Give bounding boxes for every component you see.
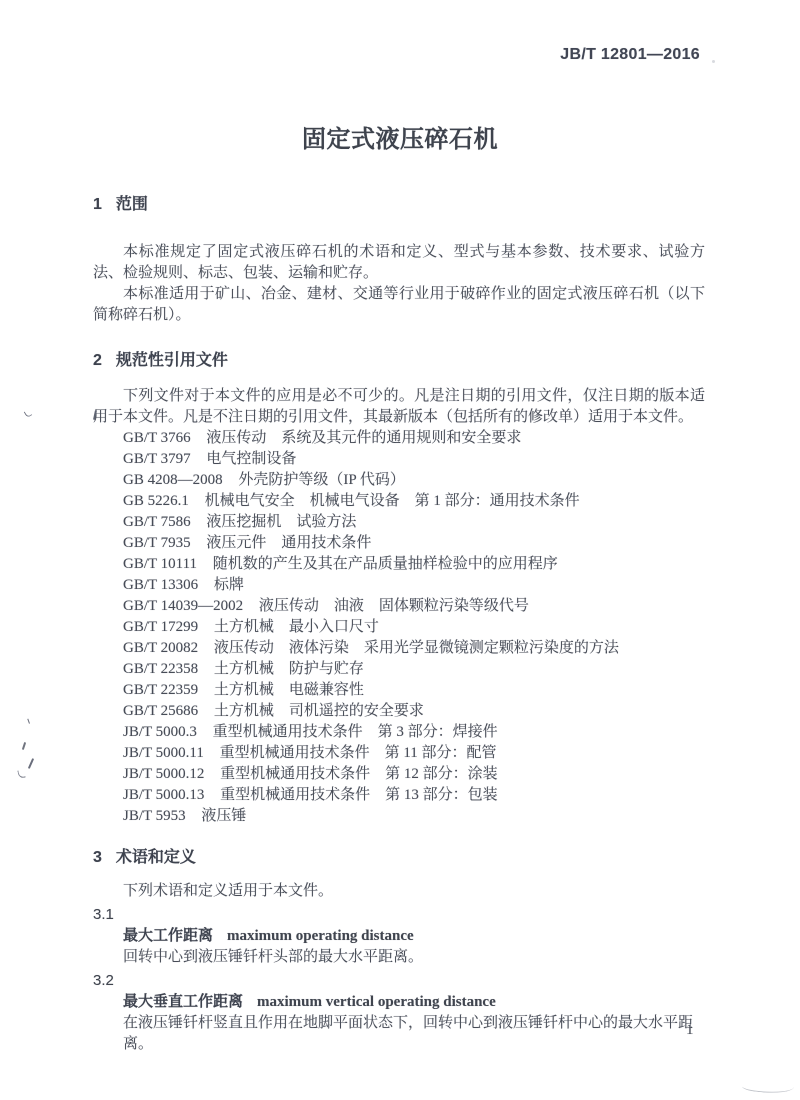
reference-item: GB/T 14039—2002液压传动 油液 固体颗粒污染等级代号 [93,596,705,617]
reference-title: 土方机械 防护与贮存 [214,661,364,677]
reference-item: GB/T 22359土方机械 电磁兼容性 [93,680,705,701]
reference-item: GB/T 3766液压传动 系统及其元件的通用规则和安全要求 [93,428,705,449]
reference-title: 液压元件 通用技术条件 [206,535,371,551]
reference-item: GB/T 7935液压元件 通用技术条件 [93,533,705,554]
scan-artifact [712,60,715,63]
reference-item: GB/T 25686土方机械 司机遥控的安全要求 [93,701,705,722]
reference-title: 电气控制设备 [206,451,296,467]
reference-title: 随机数的产生及其在产品质量抽样检验中的应用程序 [213,556,558,572]
scope-paragraph-2: 本标准适用于矿山、冶金、建材、交通等行业用于破碎作业的固定式液压碎石机（以下简称… [93,284,705,326]
term-entry: 3.1 最大工作距离maximum operating distance 回转中… [93,904,705,968]
reference-item: JB/T 5000.13重型机械通用技术条件 第 13 部分：包装 [93,785,705,806]
reference-title: 液压锤 [201,808,246,824]
scope-paragraph-1: 本标准规定了固定式液压碎石机的术语和定义、型式与基本参数、技术要求、试验方法、检… [93,242,705,284]
reference-code: GB/T 22359 [123,682,198,698]
reference-item: JB/T 5000.3重型机械通用技术条件 第 3 部分：焊接件 [93,722,705,743]
reference-code: JB/T 5000.11 [123,745,204,761]
term-number: 3.1 [93,904,705,925]
term-number: 3.2 [93,970,705,991]
reference-code: JB/T 5000.3 [123,724,197,740]
reference-code: GB/T 7586 [123,514,191,530]
reference-title: 液压挖掘机 试验方法 [206,514,356,530]
reference-title: 外壳防护等级（IP 代码） [238,472,405,488]
reference-title: 标牌 [214,577,244,593]
reference-item: GB 4208—2008外壳防护等级（IP 代码） [93,470,705,491]
reference-code: GB/T 3797 [123,451,191,467]
reference-title: 重型机械通用技术条件 第 3 部分：焊接件 [213,724,498,740]
reference-code: GB/T 10111 [123,556,197,572]
section-1-heading: 1范围 [93,194,705,216]
reference-item: GB/T 20082液压传动 液体污染 采用光学显微镜测定颗粒污染度的方法 [93,638,705,659]
reference-title: 液压传动 油液 固体颗粒污染等级代号 [259,598,529,614]
term-name: 最大工作距离maximum operating distance [93,925,705,947]
reference-item: GB/T 7586液压挖掘机 试验方法 [93,512,705,533]
term-name-zh: 最大工作距离 [123,927,213,944]
reference-code: GB/T 3766 [123,430,191,446]
reference-code: GB 5226.1 [123,493,189,509]
reference-item: GB/T 17299土方机械 最小入口尺寸 [93,617,705,638]
scan-artifact [24,409,33,418]
reference-title: 重型机械通用技术条件 第 13 部分：包装 [220,787,498,803]
reference-title: 土方机械 最小入口尺寸 [214,619,379,635]
term-name: 最大垂直工作距离maximum vertical operating dista… [93,991,705,1013]
document-page: { "header": { "standard_code": "JB/T 128… [0,0,800,1100]
reference-title: 机械电气安全 机械电气设备 第 1 部分：通用技术条件 [205,493,580,509]
terms-intro: 下列术语和定义适用于本文件。 [93,881,705,902]
scan-artifact [17,769,25,778]
scan-artifact [28,758,34,769]
standard-code: JB/T 12801—2016 [0,44,700,65]
section-3-heading: 3术语和定义 [93,847,705,869]
scan-artifact [27,717,33,723]
references-intro: 下列文件对于本文件的应用是必不可少的。凡是注日期的引用文件，仅注日期的版本适用于… [93,386,705,428]
reference-list: GB/T 3766液压传动 系统及其元件的通用规则和安全要求 GB/T 3797… [93,428,705,827]
section-3-label: 术语和定义 [116,849,196,866]
document-title: 固定式液压碎石机 [0,123,800,156]
reference-title: 土方机械 司机遥控的安全要求 [214,703,424,719]
term-entry: 3.2 最大垂直工作距离maximum vertical operating d… [93,970,705,1055]
reference-item: GB 5226.1机械电气安全 机械电气设备 第 1 部分：通用技术条件 [93,491,705,512]
term-definition: 回转中心到液压锤钎杆头部的最大水平距离。 [93,947,705,968]
section-1-number: 1 [93,196,102,213]
section-3-number: 3 [93,849,102,866]
reference-item: JB/T 5000.12重型机械通用技术条件 第 12 部分：涂装 [93,764,705,785]
reference-code: JB/T 5953 [123,808,186,824]
reference-code: GB/T 25686 [123,703,198,719]
reference-code: GB/T 17299 [123,619,198,635]
section-2-heading: 2规范性引用文件 [93,350,705,372]
page-number: 1 [686,1020,694,1041]
reference-code: JB/T 5000.13 [123,787,204,803]
section-2-number: 2 [93,352,102,369]
term-name-zh: 最大垂直工作距离 [123,993,243,1010]
reference-item: GB/T 3797电气控制设备 [93,449,705,470]
scan-artifact [741,1077,794,1095]
reference-item: JB/T 5000.11重型机械通用技术条件 第 11 部分：配管 [93,743,705,764]
reference-item: GB/T 13306标牌 [93,575,705,596]
reference-title: 重型机械通用技术条件 第 12 部分：涂装 [220,766,498,782]
reference-title: 重型机械通用技术条件 第 11 部分：配管 [220,745,497,761]
reference-item: GB/T 22358土方机械 防护与贮存 [93,659,705,680]
term-name-en: maximum vertical operating distance [257,994,496,1010]
reference-item: GB/T 10111随机数的产生及其在产品质量抽样检验中的应用程序 [93,554,705,575]
reference-code: GB/T 7935 [123,535,191,551]
section-1-label: 范围 [116,196,148,213]
section-2-label: 规范性引用文件 [116,352,228,369]
reference-code: GB/T 14039—2002 [123,598,243,614]
reference-code: JB/T 5000.12 [123,766,204,782]
reference-code: GB/T 20082 [123,640,198,656]
document-body: 1范围 本标准规定了固定式液压碎石机的术语和定义、型式与基本参数、技术要求、试验… [93,194,705,1055]
reference-title: 液压传动 液体污染 采用光学显微镜测定颗粒污染度的方法 [214,640,619,656]
reference-code: GB/T 13306 [123,577,198,593]
reference-title: 液压传动 系统及其元件的通用规则和安全要求 [206,430,521,446]
term-name-en: maximum operating distance [227,928,414,944]
scan-artifact [22,742,26,750]
reference-code: GB/T 22358 [123,661,198,677]
term-definition: 在液压锤钎杆竖直且作用在地脚平面状态下，回转中心到液压锤钎杆中心的最大水平距离。 [93,1013,705,1055]
reference-code: GB 4208—2008 [123,472,223,488]
reference-item: JB/T 5953液压锤 [93,806,705,827]
reference-title: 土方机械 电磁兼容性 [214,682,364,698]
